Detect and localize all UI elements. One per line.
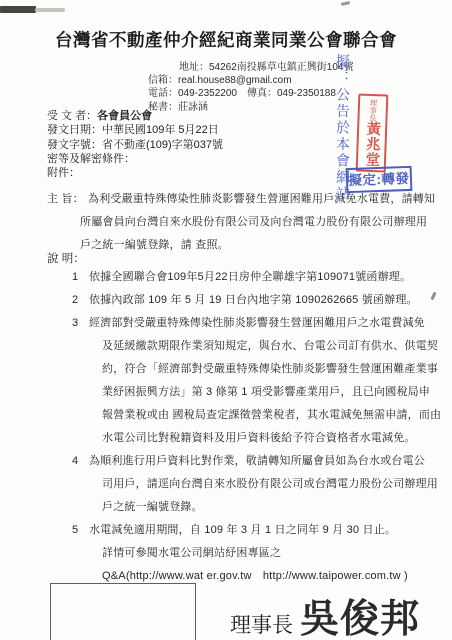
attachment-line: 附件： <box>47 166 223 180</box>
item-text: 依據全國聯合會109年5月22日房仲全聯雄字第109071號函辦理。 <box>89 271 411 283</box>
item-4-line: 戶之統一編號登錄。 <box>47 496 447 519</box>
contact-phone-fax: 電話：049-2352200 傳真：049-2350188 <box>148 87 354 100</box>
decision-stamp: 擬定:轉發 <box>346 166 413 193</box>
contact-block: 地址：54262南投縣草屯鎮正興街104號 信箱：real.house88@gm… <box>148 61 354 114</box>
item-number: 3 <box>72 312 89 335</box>
contact-email: 信箱：real.house88@gmail.com <box>148 74 354 87</box>
subject-line: 戶之統一編號登錄，請 查照。 <box>80 234 442 257</box>
scan-artifact-bar <box>0 6 36 13</box>
association-title: 台灣省不動產仲介經紀商業同業公會聯合會 <box>0 27 452 52</box>
subject-line: 所屬會員向台灣自來水股份有限公司及向台灣電力股份有限公司辦理用 <box>80 211 442 234</box>
item-number: 1 <box>72 266 89 289</box>
scanned-official-letter: 台灣省不動產仲介經紀商業同業公會聯合會 地址：54262南投縣草屯鎮正興街104… <box>0 0 452 640</box>
doc-number-line: 發文字號：省不動產(109)字第037號 <box>47 138 223 152</box>
item-text: 經濟部對受嚴重特殊傳染性肺炎影響發生營運困難用戶之水電費減免 <box>89 317 425 329</box>
subject-block: 主 旨： 為利受嚴重特殊傳染性肺炎影響發生營運困難用戶減免水電費，請轉知 所屬會… <box>47 188 442 257</box>
item-text: 水電減免適用期間，自 109 年 3 月 1 日之同年 9 月 30 日止。 <box>89 524 396 536</box>
item-text: 為順利進行用戶資料比對作業，敬請轉知所屬會員如為台水或台電公 <box>89 455 425 467</box>
security-line: 密等及解密條件： <box>47 152 223 166</box>
explanation-label: 說 明： <box>47 250 85 266</box>
explanation-items: 1依據全國聯合會109年5月22日房仲全聯雄字第109071號函辦理。 2依據內… <box>47 266 447 588</box>
item-number: 4 <box>72 450 89 473</box>
chairman-name: 吳俊邦 <box>300 588 420 640</box>
recipient-label: 受 文 者： <box>47 110 97 122</box>
item-number: 2 <box>72 289 89 312</box>
empty-stamp-box <box>50 583 196 640</box>
item-3-line: 3經濟部對受嚴重特殊傳染性肺炎影響發生營運困難用戶之水電費減免 <box>47 312 447 335</box>
recipient-value: 各會員公會 <box>97 110 152 122</box>
item-4-line: 司用戶，請逕向台灣自來水股份有限公司或台灣電力股份公司辦理用 <box>47 473 447 496</box>
contact-address: 地址：54262南投縣草屯鎮正興街104號 <box>148 61 354 74</box>
recipient-line: 受 文 者：各會員公會 <box>47 109 223 123</box>
item-1-line: 1依據全國聯合會109年5月22日房仲全聯雄字第109071號函辦理。 <box>47 266 447 289</box>
seal-name-text: 黃兆堂 <box>364 121 380 168</box>
item-3-line: 及延緩繳款期限作業須知規定，與台水、台電公司訂有供水、供電契 <box>47 335 447 358</box>
chairman-seal-stamp: 理事長黃兆堂 <box>356 94 389 173</box>
item-3-line: 水電公司比對稅籍資料及用戶資料後給予符合資格者水電減免。 <box>47 427 447 450</box>
item-4-line: 4為順利進行用戶資料比對作業，敬請轉知所屬會員如為台水或台電公 <box>47 450 447 473</box>
seal-title-text: 理事長 <box>369 98 377 121</box>
meta-block: 受 文 者：各會員公會 發文日期：中華民國109年 5月22日 發文字號：省不動… <box>47 109 223 180</box>
scan-artifact-streak <box>35 8 65 12</box>
item-5-line: 5水電減免適用期間，自 109 年 3 月 1 日之同年 9 月 30 日止。 <box>47 519 447 542</box>
scan-artifact-dash <box>341 1 350 6</box>
item-5-line: 詳情可參閱水電公司網站紓困專區之 <box>47 542 447 565</box>
chairman-title: 理事長 <box>230 609 293 639</box>
subject-label: 主 旨： <box>47 188 84 211</box>
item-text: 依據內政部 109 年 5 月 19 日台內地字第 1090262665 號函辦… <box>89 294 418 306</box>
item-3-line: 業紓困振興方法」第 3 條第 1 項受影響產業用戶，且已向國稅局申 <box>47 381 447 404</box>
item-3-line: 報營業稅或由 國稅局查定課徵營業稅者，其水電減免無需申請，而由 <box>47 404 447 427</box>
item-2-line: 2依據內政部 109 年 5 月 19 日台內地字第 1090262665 號函… <box>47 289 447 312</box>
subject-text: 為利受嚴重特殊傳染性肺炎影響發生營運困難用戶減免水電費，請轉知 所屬會員向台灣自… <box>80 188 442 257</box>
item-3-line: 約，符合「經濟部對受嚴重特殊傳染性肺炎影響發生營運困難產業事 <box>47 358 447 381</box>
issue-date-line: 發文日期：中華民國109年 5月22日 <box>47 123 223 137</box>
signature-block: 理事長 吳俊邦 <box>230 588 420 640</box>
item-number: 5 <box>72 519 89 542</box>
